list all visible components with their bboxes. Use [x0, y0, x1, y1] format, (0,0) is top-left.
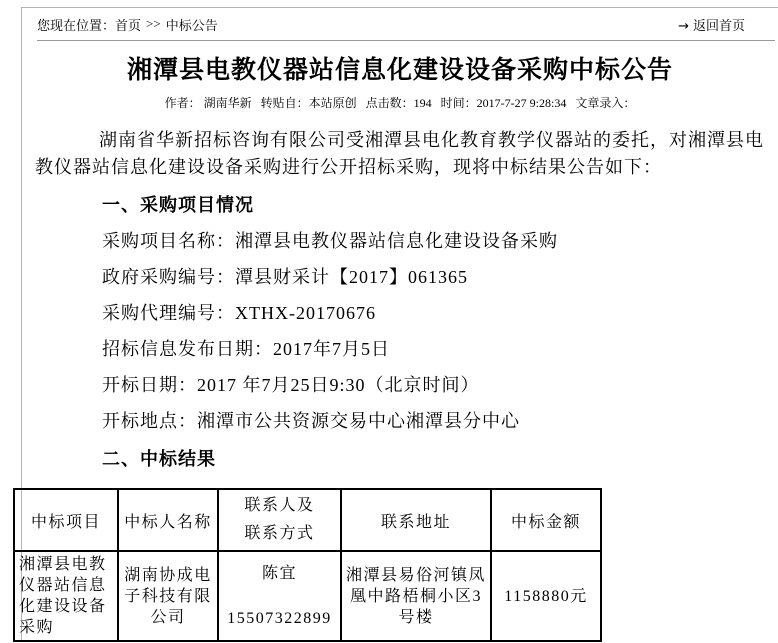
detail-open-place: 开标地点：湘潭市公共资源交易中心湘潭县分中心 [102, 403, 778, 439]
breadcrumb: 您现在位置： 首页 >> 中标公告 [37, 15, 218, 34]
cell-winner: 湖南协成电子科技有限公司 [118, 551, 218, 641]
page-container: 您现在位置： 首页 >> 中标公告 →返回首页 湘潭县电教仪器站信息化建设设备采… [21, 7, 778, 642]
breadcrumb-bar: 您现在位置： 首页 >> 中标公告 →返回首页 [37, 8, 775, 41]
detail-project-name: 采购项目名称：湘潭县电教仪器站信息化建设设备采购 [102, 223, 778, 259]
right-arrow-icon: → [678, 19, 689, 34]
article-meta: 作者： 湖南华新 转贴自：本站原创 点击数：194 时间：2017-7-27 9… [22, 94, 778, 111]
intro-paragraph: 湖南省华新招标咨询有限公司受湘潭县电化教育教学仪器站的委托，对湘潭县电教仪器站信… [35, 127, 766, 181]
return-home-link[interactable]: →返回首页 [678, 18, 745, 33]
header-project: 中标项目 [14, 489, 118, 551]
header-winner: 中标人名称 [118, 489, 218, 551]
header-address: 联系地址 [341, 489, 491, 551]
return-home-label: 返回首页 [693, 18, 745, 33]
contact-name: 陈宜 [223, 563, 336, 584]
detail-publish-date: 招标信息发布日期：2017年7月5日 [102, 331, 778, 367]
cell-amount: 1158880元 [491, 551, 601, 641]
header-amount: 中标金额 [491, 489, 601, 551]
header-contact-line1: 联系人及 [223, 492, 336, 520]
page-title: 湘潭县电教仪器站信息化建设设备采购中标公告 [32, 56, 768, 86]
header-contact-line2: 联系方式 [223, 520, 336, 548]
detail-gov-procurement-no: 政府采购编号：潭县财采计【2017】061365 [102, 259, 778, 295]
header-contact: 联系人及 联系方式 [218, 489, 341, 551]
result-table-wrap: 中标项目 中标人名称 联系人及 联系方式 联系地址 中标金额 湘潭县电教仪器站信… [13, 488, 778, 642]
cell-contact: 陈宜 15507322899 [218, 551, 341, 641]
detail-agency-no: 采购代理编号：XTHX-20170676 [102, 295, 778, 331]
return-home: →返回首页 [678, 15, 775, 34]
breadcrumb-separator: >> [146, 16, 161, 32]
table-row: 湘潭县电教仪器站信息化建设设备采购 湖南协成电子科技有限公司 陈宜 155073… [14, 551, 601, 641]
table-header-row: 中标项目 中标人名称 联系人及 联系方式 联系地址 中标金额 [14, 489, 601, 551]
result-table: 中标项目 中标人名称 联系人及 联系方式 联系地址 中标金额 湘潭县电教仪器站信… [13, 488, 602, 642]
breadcrumb-link-home[interactable]: 首页 [115, 15, 141, 34]
contact-phone: 15507322899 [223, 608, 336, 629]
detail-open-date: 开标日期：2017 年7月25日9:30（北京时间） [102, 367, 778, 403]
cell-project: 湘潭县电教仪器站信息化建设设备采购 [14, 551, 118, 641]
section2-heading: 二、中标结果 [102, 441, 778, 477]
cell-address: 湘潭县易俗河镇凤凰中路梧桐小区3号楼 [341, 551, 491, 641]
breadcrumb-label: 您现在位置： [37, 15, 115, 34]
section1-heading: 一、采购项目情况 [102, 187, 778, 223]
breadcrumb-link-current[interactable]: 中标公告 [166, 15, 218, 34]
